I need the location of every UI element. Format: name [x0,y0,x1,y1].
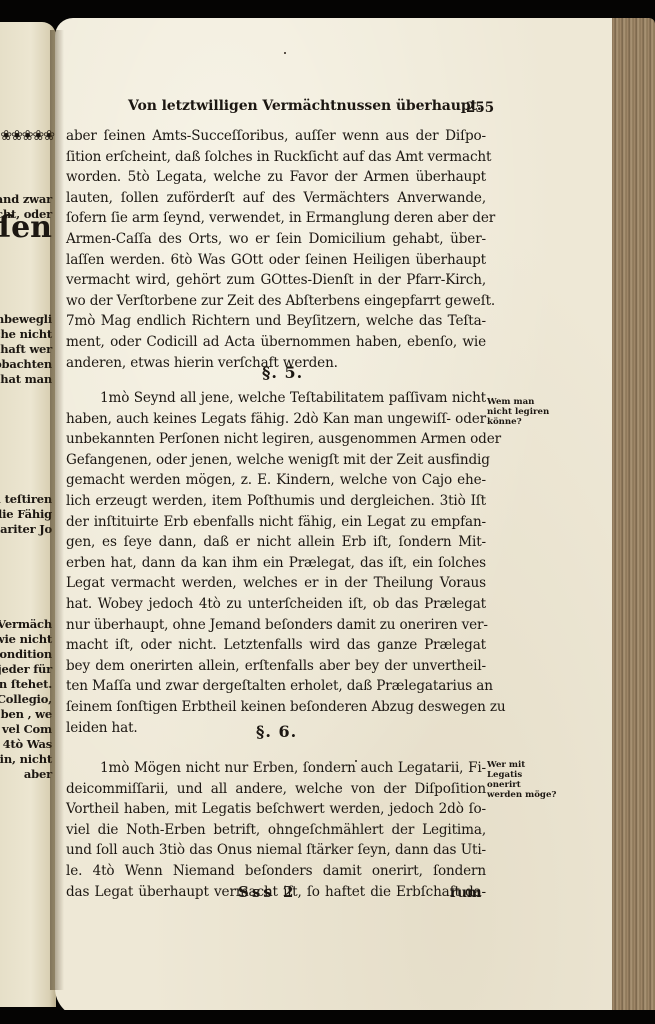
section-5-body: 1mò Seynd all jene, welche Teſtabilitate… [66,388,486,738]
text-line: bey dem onerirten allein, erſtenfalls ab… [66,656,486,677]
text-line: lauten, ſollen zuförderſt auf des Vermäc… [66,188,486,209]
text-line: worden. 5tò Legata, welche zu Favor der … [66,167,486,188]
section-6-body: 1mò Mögen nicht nur Erben, ſondern auch … [66,758,486,902]
text-line: nur überhaupt, ohne Jemand beſonders dam… [66,615,486,636]
left-text-fragment: eobachten [0,357,52,372]
text-line: 1mò Seynd all jene, welche Teſtabilitate… [66,388,486,409]
left-text-fragment: vel Com [2,722,52,737]
text-line: der inſtituirte Erb ebenfalls nicht fähi… [66,512,486,533]
left-text-fragment: , wie nicht [0,632,52,647]
text-line: Gefangenen, oder jenen, welche wenigſt m… [66,450,486,471]
text-line: macht iſt, oder nicht. Letztenfalls wird… [66,635,486,656]
text-line: le. 4tò Wenn Niemand beſonders damit one… [66,861,486,882]
text-line: gen, es ſeye dann, daß er nicht allein E… [66,532,486,553]
text-line: viel die Noth-Erben betrift, ohngeſchmäh… [66,820,486,841]
left-text-fragment: ben , we [1,707,52,722]
text-line: ſeinem ſonſtigen Erbtheil keinen beſonde… [66,697,486,718]
left-text-fragment: mand zwar [0,192,52,207]
left-text-fragment: mbewegli [0,312,52,327]
spine-gutter [50,30,64,990]
background-bottom [0,1010,655,1024]
text-line: ſofern ſie arm ſeynd, verwendet, in Erma… [66,208,486,229]
left-text-fragment: r hat man [0,372,52,387]
section-heading-5: §. 5. [262,363,303,382]
left-text-fragment: die Fähig [0,507,52,522]
text-line: 1mò Mögen nicht nur Erben, ſondern auch … [66,758,486,779]
page-edges [612,18,655,1018]
left-text-fragment: lariter Jo [0,522,52,537]
signature-mark: Sss 2 [238,883,296,901]
paragraph-continuation: aber ſeinen Amts-Succeſſoribus, auſſer w… [66,126,486,373]
margin-note-6: Wer mit Legatis onerirt werden möge? [487,760,557,800]
catchword: rum [450,885,481,901]
page-number: 255 [466,100,494,116]
left-text-fragment: ls jeder für [0,662,52,677]
text-line: und ſoll auch 3tiò das Onus niemal ſtärk… [66,840,486,861]
running-head: Von letztwilligen Vermächtnussen überhau… [128,98,508,114]
text-line: laſſen werden. 6tò Was GOtt oder ſeinen … [66,250,486,271]
text-line: deicommiſſarii, und all andere, welche v… [66,779,486,800]
margin-note-5: Wem man nicht legiren könne? [487,397,557,427]
left-text-fragment: aber [24,767,52,782]
text-line: haben, auch keines Legats fähig. 2dò Kan… [66,409,486,430]
left-text-fragment: olche nicht [0,327,52,342]
text-line: vermacht wird, gehört zum GOttes-Dienſt … [66,270,486,291]
text-line: aber ſeinen Amts-Succeſſoribus, auſſer w… [66,126,486,147]
text-line: unbekannten Perſonen nicht legiren, ausg… [66,429,486,450]
text-line: ſition erſcheint, daß ſolches in Ruckſic… [66,147,486,168]
left-text-fragment: Collegio, [0,692,52,707]
left-text-fragment: Vermäch [0,617,52,632]
left-text-fragment: nacht, oder [0,207,52,222]
left-text-fragment: llein, nicht [0,752,52,767]
text-line: ten Maſſa und zwar dergeſtalten erholet,… [66,676,486,697]
section-heading-6: §. 6. [256,722,297,741]
text-line: Legat vermacht werden, welches er in der… [66,573,486,594]
text-line: Armen-Caſſa des Orts, wo er ſein Domicil… [66,229,486,250]
text-line: 7mò Mag endlich Richtern und Beyſitzern,… [66,311,486,332]
left-text-fragment: chaft wer [0,342,52,357]
text-line: erben hat, dann da kan ihm ein Prælegat,… [66,553,486,574]
ink-speck [284,52,286,54]
left-page: ❀❀❀❀❀ ſen mand zwarnacht, odermbewegliol… [0,22,56,1007]
book-scan: ❀❀❀❀❀ ſen mand zwarnacht, odermbewegliol… [0,0,655,1024]
left-text-fragment: 4tò Was [3,737,52,752]
text-line: hat. Wobey jedoch 4tò zu unterſcheiden i… [66,594,486,615]
ornament-border: ❀❀❀❀❀ [0,128,54,144]
left-text-fragment: zu teſtiren [0,492,52,507]
text-line: gemacht werden mögen, z. E. Kindern, wel… [66,470,486,491]
text-line: wo der Verſtorbene zur Zeit des Abſterbe… [66,291,486,312]
left-text-fragment: gen ſtehet. [0,677,52,692]
left-text-fragment: Condition [0,647,52,662]
text-line: Vortheil haben, mit Legatis beſchwert we… [66,799,486,820]
text-line: lich erzeugt werden, item Poſthumis und … [66,491,486,512]
text-line: ment, oder Codicill ad Acta übernommen h… [66,332,486,353]
